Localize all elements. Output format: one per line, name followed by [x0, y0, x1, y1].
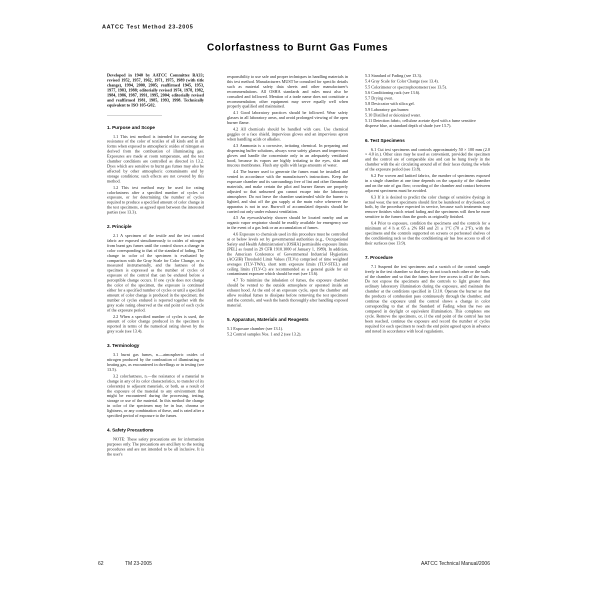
- apparatus-list-item: 5.8 Desiccator with silica gel.: [365, 102, 490, 107]
- apparatus-list-item: 5.9 Laboratory gas burner.: [365, 107, 490, 112]
- apparatus-list-item: 5.6 Conditioning rack (see 13.6).: [365, 90, 490, 95]
- page-title: Colorfastness to Burnt Gas Fumes: [105, 42, 490, 54]
- paragraph: 4.6 Exposure to chemicals used in this p…: [227, 232, 348, 277]
- section-heading: 4. Safety Precautions: [107, 427, 204, 432]
- paragraph: 6.3 If it is desired to predict the colo…: [365, 195, 490, 220]
- column-2: responsibility to use safe and proper te…: [227, 73, 348, 559]
- apparatus-list-item: 5.4 Gray Scale for Color Change (see 13.…: [365, 79, 490, 84]
- divider-rule: [107, 115, 162, 116]
- apparatus-list-item: 5.2 Control samples Nos. 1 and 2 (see 13…: [227, 332, 348, 337]
- apparatus-list-item: 5.5 Colorimeter or spectrophotometer (se…: [365, 85, 490, 90]
- apparatus-list-item: 5.7 Drying oven.: [365, 96, 490, 101]
- section-heading: 1. Purpose and Scope: [107, 125, 204, 130]
- document-header-method-number: AATCC Test Method 23-2005: [102, 24, 402, 30]
- paragraph: 4.1 Good laboratory practices should be …: [227, 111, 348, 126]
- paragraph: 3.2 colorfastness, n.—the resistance of …: [107, 374, 204, 419]
- paragraph: 4.2 All chemicals should be handled with…: [227, 127, 348, 142]
- paragraph-continuation: responsibility to use safe and proper te…: [227, 75, 348, 110]
- apparatus-list-item: 5.3 Standard of Fading (see 13.3).: [365, 74, 490, 79]
- revision-history: Developed in 1940 by AATCC Committee RA3…: [107, 73, 204, 108]
- footer-manual-title: AATCC Technical Manual/2006: [105, 561, 490, 567]
- paragraph: 4.3 Ammonia is a corrosive, irritating c…: [227, 143, 348, 168]
- paragraph: 7.1 Suspend the test specimens and a swa…: [365, 264, 490, 333]
- apparatus-list-item: 5.10 Distilled or deionized water.: [365, 113, 490, 118]
- column-1: Developed in 1940 by AATCC Committee RA3…: [107, 73, 204, 559]
- paragraph: 6.4 Prior to exposure, condition the spe…: [365, 221, 490, 246]
- column-3: 5.3 Standard of Fading (see 13.3).5.4 Gr…: [365, 73, 490, 559]
- section-heading: 6. Test Specimens: [365, 138, 490, 143]
- section-heading: 2. Principle: [107, 224, 204, 229]
- section-heading: 3. Terminology: [107, 343, 204, 348]
- document-page: AATCC Test Method 23-2005 Colorfastness …: [0, 0, 600, 600]
- section-heading: 5. Apparatus, Materials and Reagents: [227, 317, 348, 322]
- paragraph: 6.2 For woven and knitted fabrics, the n…: [365, 174, 490, 194]
- paragraph: 2.2 When a specified number of cycles is…: [107, 314, 204, 334]
- section-heading: 7. Procedure: [365, 255, 490, 260]
- apparatus-list-item: 5.11 Detection fabric, cellulose acetate…: [365, 119, 490, 129]
- text-columns: Developed in 1940 by AATCC Committee RA3…: [107, 73, 490, 559]
- paragraph: 4.4 The burner used to generate the fume…: [227, 170, 348, 215]
- paragraph: 4.7 To minimize the inhalation of fumes,…: [227, 278, 348, 308]
- paragraph: 1.1 This test method is intended for ass…: [107, 134, 204, 184]
- paragraph: 2.1 A specimen of the textile and the te…: [107, 234, 204, 313]
- paragraph: 1.2 This test method may be used for rat…: [107, 185, 204, 215]
- apparatus-list-item: 5.1 Exposure chamber (see 13.1).: [227, 326, 348, 331]
- paragraph: 3.1 burnt gas fumes, n.—atmospheric oxid…: [107, 353, 204, 373]
- paragraph: NOTE: These safety precautions are for i…: [107, 437, 204, 457]
- page-number: 62: [98, 561, 104, 567]
- paragraph: 6.1 Cut test specimens and controls appr…: [365, 147, 490, 172]
- paragraph: 4.5 An eyewash/safety shower should be l…: [227, 216, 348, 231]
